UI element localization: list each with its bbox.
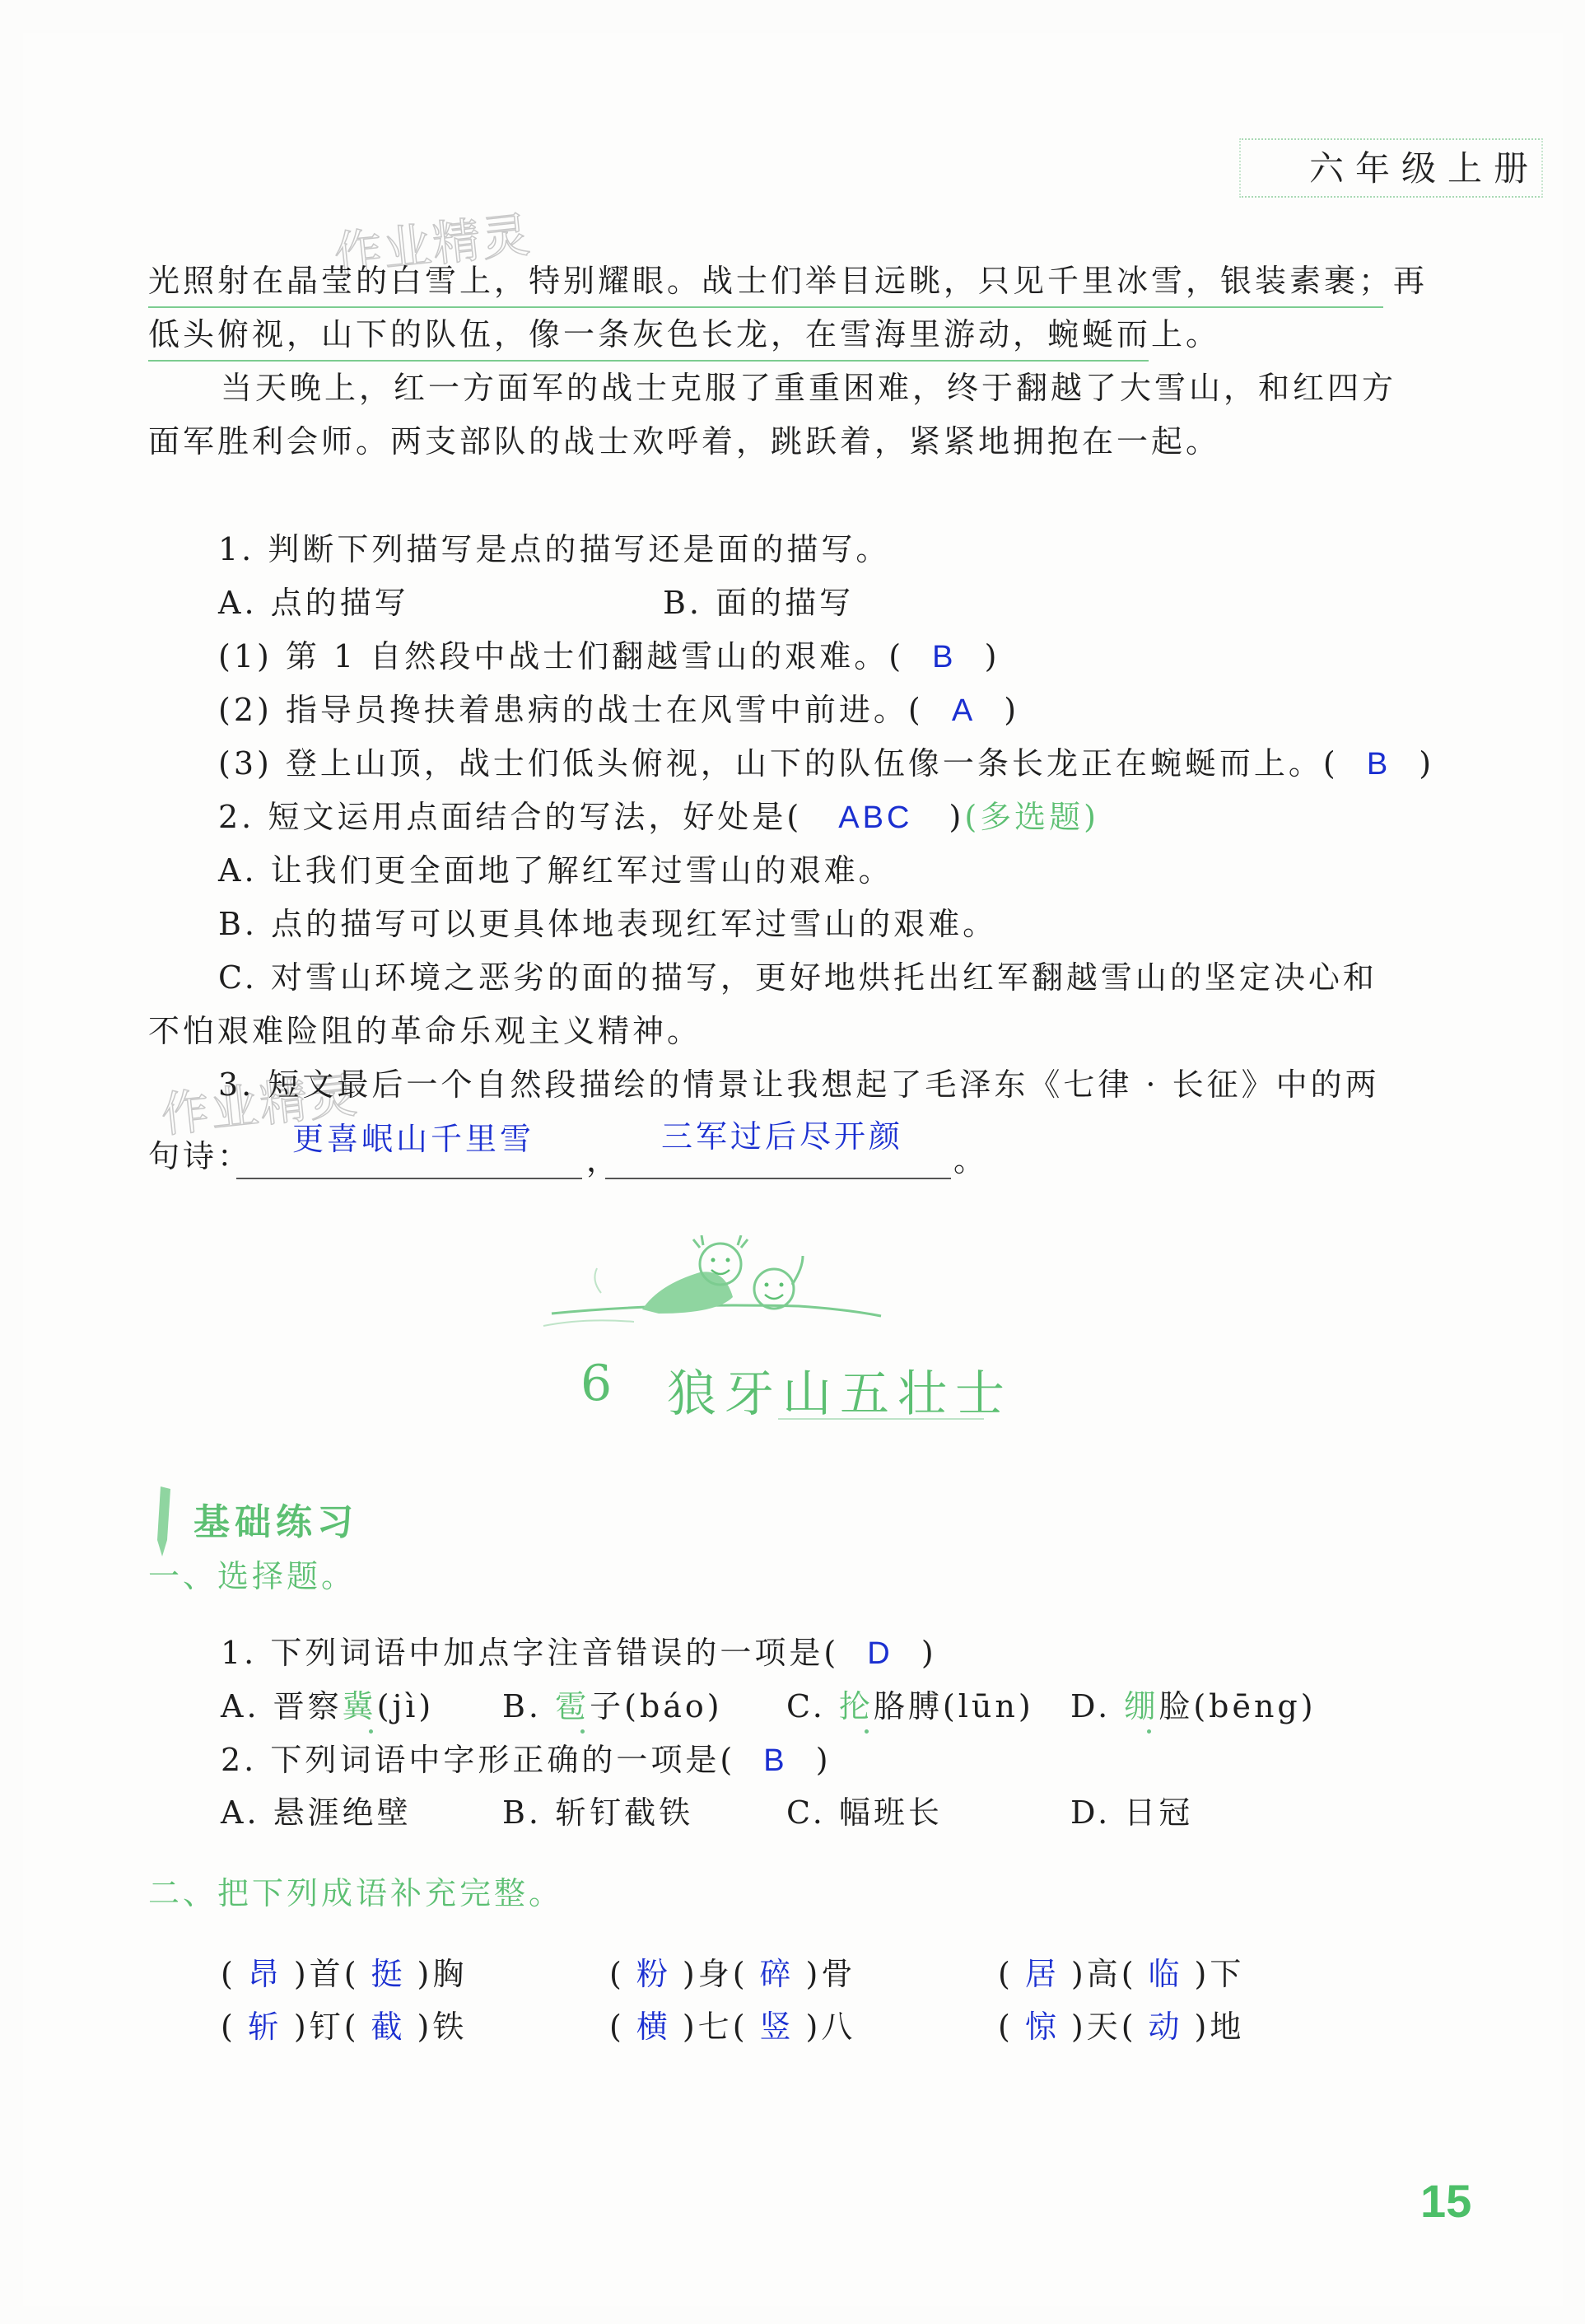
underline: [148, 360, 1149, 362]
chapter-number: 6: [580, 1355, 620, 1412]
part1-q2-option-d: D. 日冠: [1070, 1797, 1193, 1828]
part1-q1-option-d: D. 绷脸(bēng): [1070, 1691, 1317, 1722]
q1-item-3: (3) 登上山顶，战士们低头俯视，山下的队伍像一条长龙正在蜿蜒而上。( B ): [218, 748, 1434, 780]
part1-q1-stem: 1. 下列词语中加点字注音错误的一项是( D ): [221, 1637, 937, 1669]
pencil-icon: [152, 1482, 177, 1561]
part1-q1-option-a: A. 晋察冀(jì): [221, 1691, 434, 1722]
q3-end: 。: [953, 1145, 988, 1176]
question-1-stem: 1. 判断下列描写是点的描写还是面的描写。: [218, 534, 890, 565]
emphasis-dot: [865, 1729, 869, 1734]
answer-1[interactable]: 更喜岷山千里雪: [292, 1124, 534, 1155]
part1-q2-option-c: C. 幅班长: [786, 1797, 943, 1828]
answer[interactable]: B: [1367, 747, 1391, 782]
question-2-stem: 2. 短文运用点面结合的写法，好处是( ABC )(多选题): [218, 801, 1099, 833]
children-illustration-icon: [535, 1235, 963, 1334]
underline: [148, 306, 1383, 308]
emphasis-dot: [580, 1729, 585, 1734]
q2-option-b: B. 点的描写可以更具体地表现红军过雪山的艰难。: [218, 908, 997, 940]
grade-label: 六年级上册: [1309, 142, 1540, 191]
passage-line: 光照射在晶莹的白雪上，特别耀眼。战士们举目远眺，只见千里冰雪，银装素裹；再: [148, 265, 1428, 296]
passage-line: 当天晚上，红一方面军的战士克服了重重困难，终于翻越了大雪山，和红四方: [221, 372, 1396, 404]
emphasis-dot: [1147, 1729, 1151, 1734]
answer-blank-2[interactable]: [605, 1176, 951, 1179]
page-number: 15: [1420, 2174, 1471, 2228]
q2-option-a: A. 让我们更全面地了解红军过雪山的艰难。: [218, 855, 893, 886]
answer[interactable]: ABC: [838, 800, 912, 835]
multi-choice-note: (多选题): [964, 799, 1099, 835]
passage-line: 低头俯视，山下的队伍，像一条灰色长龙，在雪海里游动，蜿蜒而上。: [148, 319, 1220, 350]
section-badge-label: 基础练习: [193, 1492, 358, 1545]
idiom-item: (昂)首(挺)胸: [221, 1958, 467, 1990]
part1-q1-option-b: B. 雹子(báo): [502, 1691, 723, 1722]
answer[interactable]: D: [867, 1636, 893, 1671]
title-underline: [778, 1418, 984, 1420]
answer-blank-1[interactable]: [236, 1176, 582, 1179]
emphasis-dot: [369, 1729, 373, 1734]
q3-sep: ，: [586, 1145, 621, 1176]
answer[interactable]: B: [932, 640, 956, 674]
q3-prefix: 句诗：: [148, 1141, 252, 1172]
q1-item-2: (2) 指导员搀扶着患病的战士在风雪中前进。( A ): [218, 694, 1019, 726]
option-b: B. 面的描写: [663, 587, 854, 618]
answer[interactable]: A: [952, 693, 976, 728]
idiom-item: (粉)身(碎)骨: [609, 1958, 855, 1990]
part1-q1-option-c: C. 抡胳膊(lūn): [786, 1691, 1034, 1722]
answer-2[interactable]: 三军过后尽开颜: [661, 1122, 903, 1153]
part1-heading: 一、选择题。: [148, 1561, 356, 1592]
q2-option-c-cont: 不怕艰难险阻的革命乐观主义精神。: [148, 1015, 702, 1047]
part2-heading: 二、把下列成语补充完整。: [148, 1878, 563, 1909]
part1-q2-stem: 2. 下列词语中字形正确的一项是( B ): [221, 1744, 832, 1776]
answer[interactable]: B: [763, 1743, 787, 1778]
option-a: A. 点的描写: [218, 587, 409, 618]
q2-option-c: C. 对雪山环境之恶劣的面的描写，更好地烘托出红军翻越雪山的坚定决心和: [218, 962, 1378, 993]
idiom-item: (居)高(临)下: [998, 1958, 1244, 1990]
idiom-item: (横)七(竖)八: [609, 2011, 855, 2043]
q1-item-1: (1) 第 1 自然段中战士们翻越雪山的艰难。( B ): [218, 641, 1000, 673]
chapter-title: 狼牙山五壮士: [667, 1355, 1013, 1426]
part1-q2-option-a: A. 悬涯绝壁: [221, 1797, 412, 1828]
part1-q2-option-b: B. 斩钉截铁: [502, 1797, 693, 1828]
question-3-stem: 3. 短文最后一个自然段描绘的情景让我想起了毛泽东《七律 · 长征》中的两: [218, 1069, 1380, 1100]
idiom-item: (惊)天(动)地: [998, 2011, 1244, 2043]
idiom-item: (斩)钉(截)铁: [221, 2011, 467, 2043]
passage-line: 面军胜利会师。两支部队的战士欢呼着，跳跃着，紧紧地拥抱在一起。: [148, 426, 1220, 457]
